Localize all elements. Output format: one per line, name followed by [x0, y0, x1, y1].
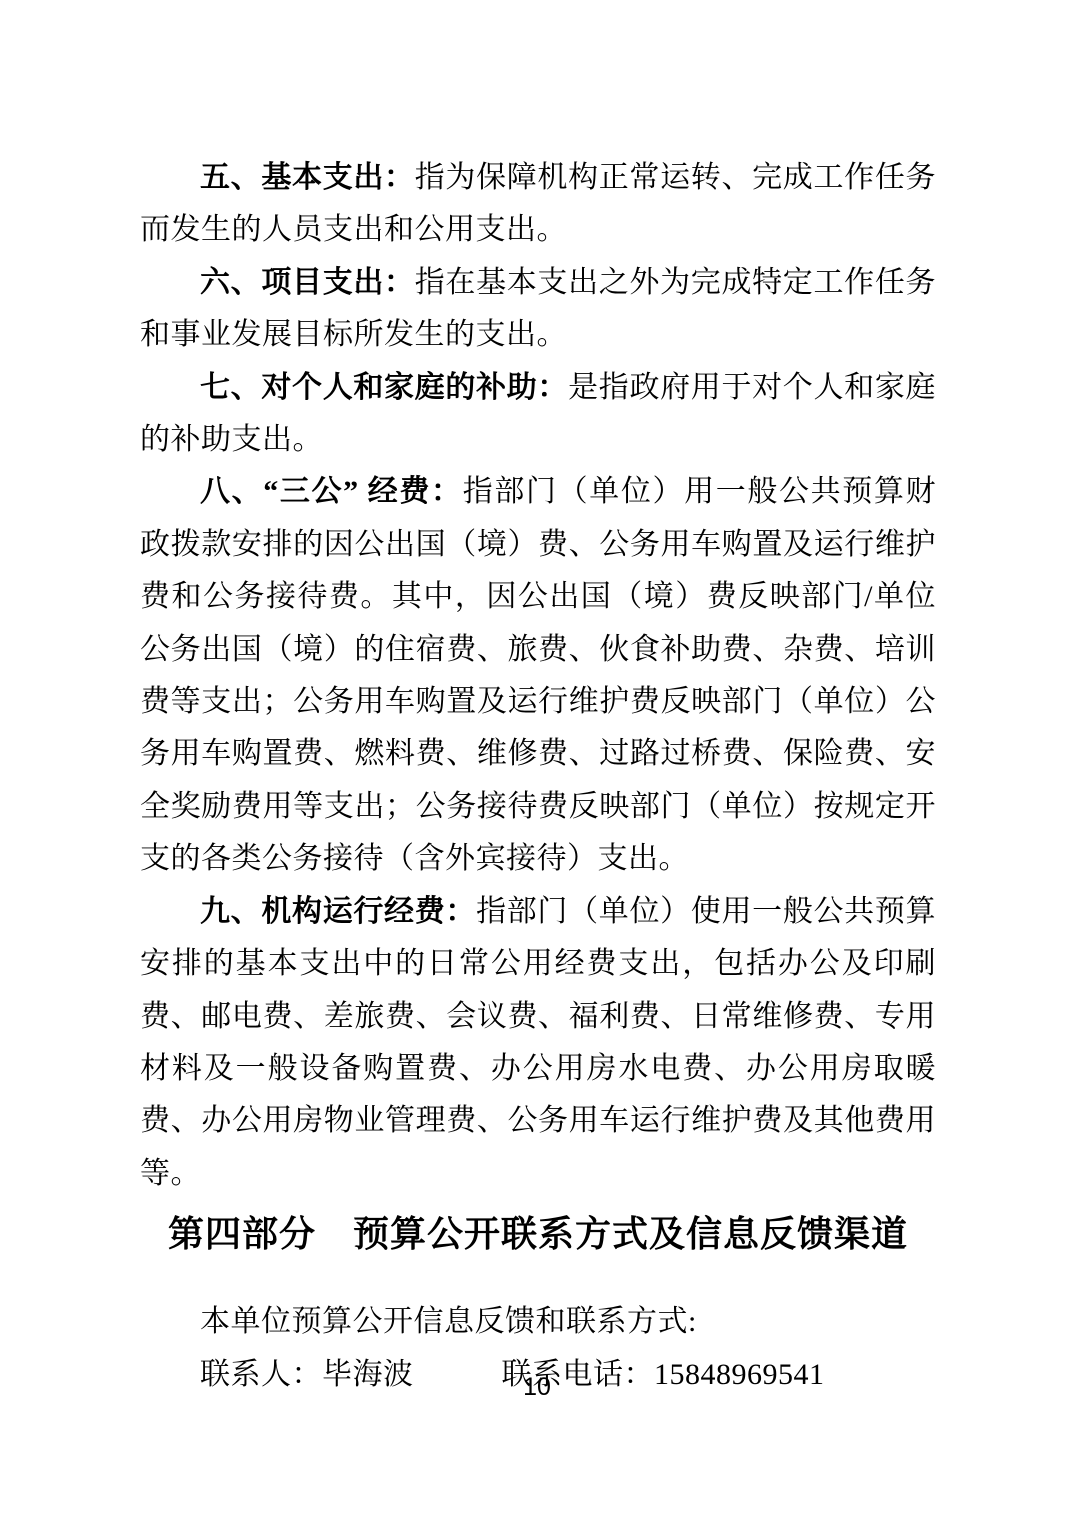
definition-term: 九、机构运行经费： [200, 895, 476, 928]
definition-term: 七、对个人和家庭的补助： [200, 371, 568, 404]
page-footer: 10 [0, 1372, 1074, 1402]
document-body: 五、基本支出：指为保障机构正常运转、完成工作任务而发生的人员支出和公用支出。 六… [140, 152, 936, 1401]
definition-paragraph-individual-family-subsidy: 七、对个人和家庭的补助：是指政府用于对个人和家庭的补助支出。 [140, 362, 936, 467]
definition-term: 八、“三公” 经费： [200, 475, 463, 508]
contact-intro: 本单位预算公开信息反馈和联系方式: [140, 1296, 936, 1348]
definition-paragraph-three-public-funds: 八、“三公” 经费：指部门（单位）用一般公共预算财政拨款安排的因公出国（境）费、… [140, 466, 936, 885]
definition-term: 六、项目支出： [200, 266, 415, 299]
definition-text: 指部门（单位）用一般公共预算财政拨款安排的因公出国（境）费、公务用车购置及运行维… [140, 475, 936, 875]
document-page: 五、基本支出：指为保障机构正常运转、完成工作任务而发生的人员支出和公用支出。 六… [0, 0, 1074, 1520]
definition-paragraph-basic-expenditure: 五、基本支出：指为保障机构正常运转、完成工作任务而发生的人员支出和公用支出。 [140, 152, 936, 257]
definition-paragraph-operating-funds: 九、机构运行经费：指部门（单位）使用一般公共预算安排的基本支出中的日常公用经费支… [140, 886, 936, 1200]
definition-paragraph-project-expenditure: 六、项目支出：指在基本支出之外为完成特定工作任务和事业发展目标所发生的支出。 [140, 257, 936, 362]
definition-term: 五、基本支出： [200, 161, 415, 194]
definition-text: 指部门（单位）使用一般公共预算安排的基本支出中的日常公用经费支出，包括办公及印刷… [140, 895, 936, 1190]
section-heading: 第四部分 预算公开联系方式及信息反馈渠道 [140, 1210, 936, 1258]
page-number: 10 [523, 1373, 551, 1401]
